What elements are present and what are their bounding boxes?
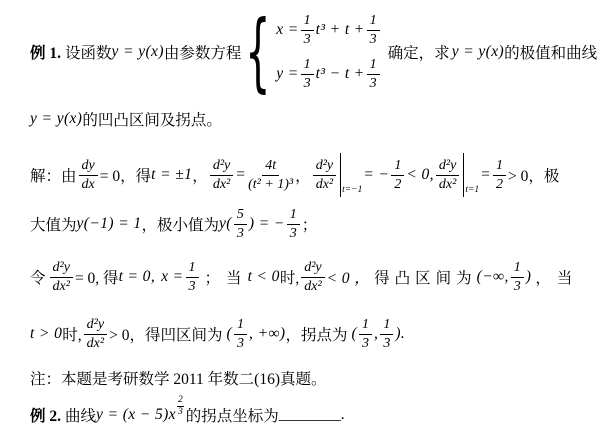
math-run: t = 0, (119, 268, 156, 286)
fraction-denominator: dx² (439, 176, 456, 193)
text-run: 设函数 (65, 41, 112, 63)
fraction-denominator: 3 (178, 407, 183, 417)
fraction-numerator: 1 (367, 13, 380, 31)
fraction-denominator: 3 (362, 335, 369, 352)
fraction-numerator: dy (79, 158, 98, 176)
fraction: 5 3 (234, 207, 247, 241)
fraction: d²y dx² (84, 317, 107, 351)
evaluated-derivative: d²y dx² t=−1 (311, 153, 364, 197)
fraction: 4t (t² + 1)³ (248, 158, 293, 192)
fraction-numerator: 1 (359, 317, 372, 335)
fraction-denominator: 3 (370, 75, 377, 92)
blank-underline: ________ (279, 406, 341, 424)
math-run: < 0 ， (327, 266, 370, 288)
evaluation-bar (463, 153, 464, 197)
fraction-numerator: 1 (391, 158, 404, 176)
math-run: t = ±1 (151, 166, 192, 184)
fraction-denominator: 3 (514, 278, 521, 295)
fraction-numerator: d²y (436, 158, 459, 176)
equation-system: x = 1 3 t³ + t + 1 3 y = 1 3 t³ − t + (276, 8, 381, 96)
example1-label: 例 1. (30, 41, 61, 63)
fraction-denominator: dx² (53, 278, 70, 295)
fraction-numerator: d²y (313, 158, 336, 176)
fraction-numerator: 1 (380, 317, 393, 335)
fraction: d²y dx² (301, 260, 324, 294)
math-run: y(−1) = 1 (77, 215, 142, 233)
text-run: ； (205, 266, 221, 288)
system-brace: { (246, 9, 271, 95)
fraction-denominator: 2 (496, 176, 503, 193)
fraction-numerator: 1 (186, 260, 199, 278)
fraction-denominator: 3 (189, 278, 196, 295)
math-run: x = (276, 21, 298, 39)
text-run: > 0，极 (508, 164, 559, 186)
math-run: t³ − t + (316, 65, 365, 83)
math-run: y = (276, 65, 298, 83)
fraction-denominator: (t² + 1)³ (248, 176, 293, 193)
fraction: 1 3 (511, 260, 524, 294)
fraction-denominator: 3 (237, 335, 244, 352)
fraction: 1 3 (380, 317, 393, 351)
text-run: 的凹凸区间及拐点。 (82, 108, 222, 130)
text-run: 的极值和曲线 (504, 41, 597, 63)
fraction: dy dx (79, 158, 98, 192)
text-run: 当 (226, 266, 242, 288)
fraction-denominator: dx² (87, 335, 104, 352)
text-run: . (341, 406, 345, 424)
text-run: ，极小值为 (142, 213, 220, 235)
math-run: = (480, 166, 491, 184)
evaluation-bar (340, 153, 341, 197)
fraction-denominator: 3 (383, 335, 390, 352)
fraction: d²y dx² (436, 158, 459, 192)
equation-row: x = 1 3 t³ + t + 1 3 (276, 8, 381, 52)
note-line: 注：本题是考研数学 2011 年数二(16)真题。 (30, 367, 607, 389)
example2-statement-line: 例 2. 曲线 y = (x − 5)x 2 3 的拐点坐标为 ________… (30, 397, 607, 433)
text-run: ， (192, 164, 208, 186)
fraction-numerator: 1 (301, 57, 314, 75)
fraction-numerator: 1 (493, 158, 506, 176)
text-run: 时, (62, 323, 81, 345)
text-run: 大值为 (30, 213, 77, 235)
fraction-denominator: dx² (316, 176, 333, 193)
fraction-denominator: dx² (213, 176, 230, 193)
math-run: ( (226, 325, 232, 343)
fraction-numerator: d²y (50, 260, 73, 278)
math-run: y = y(x) (112, 43, 164, 61)
example1-statement-line: 例 1. 设函数 y = y(x) 由参数方程 { x = 1 3 t³ + t… (30, 8, 607, 96)
text-run: 时, (280, 266, 299, 288)
solution-line3: 令 d²y dx² = 0, 得 t = 0, x = 1 3 ； 当 t < … (30, 253, 607, 301)
fraction-numerator: d²y (84, 317, 107, 335)
math-run: , (374, 325, 378, 343)
math-run: t > 0 (30, 325, 62, 343)
math-run: x = (161, 268, 183, 286)
note-text: 注：本题是考研数学 2011 年数二(16)真题。 (30, 367, 327, 389)
math-document: 例 1. 设函数 y = y(x) 由参数方程 { x = 1 3 t³ + t… (0, 0, 615, 433)
fraction: d²y dx² (50, 260, 73, 294)
math-run: , +∞) (249, 325, 285, 343)
fraction-numerator: 1 (287, 207, 300, 225)
fraction-numerator: 2 (177, 395, 184, 406)
fraction-denominator: dx (82, 176, 95, 193)
text-run: = 0，得 (100, 164, 151, 186)
evaluation-subscript: t=−1 (342, 185, 362, 195)
fraction-numerator: d²y (301, 260, 324, 278)
fraction: 1 3 (287, 207, 300, 241)
fraction-denominator: dx² (304, 278, 321, 295)
math-run: y( (219, 215, 232, 233)
fraction-denominator: 2 (394, 176, 401, 193)
fraction: 1 3 (301, 13, 314, 47)
fraction: 1 3 (367, 57, 380, 91)
fraction: 1 3 (186, 260, 199, 294)
text-run: 令 (30, 266, 46, 288)
fraction-denominator: 3 (290, 225, 297, 242)
fraction: d²y dx² (313, 158, 336, 192)
fraction: 1 3 (234, 317, 247, 351)
math-run: ) (526, 268, 532, 286)
math-run: ( (351, 325, 357, 343)
math-run: < 0, (406, 166, 434, 184)
solution-line4: t > 0 时, d²y dx² > 0，得凹区间为 ( 1 3 , +∞) ，… (30, 311, 607, 357)
fraction-numerator: 5 (234, 207, 247, 225)
fraction-denominator: 3 (304, 31, 311, 48)
math-run: y = y(x) (452, 43, 504, 61)
fraction-numerator: 4t (262, 158, 279, 176)
fraction: d²y dx² (210, 158, 233, 192)
text-run: 确定，求 (388, 41, 450, 63)
solution-line2: 大值为 y(−1) = 1 ，极小值为 y( 5 3 ) = − 1 3 ； (30, 202, 607, 246)
math-run: ) = − (249, 215, 285, 233)
fraction-denominator: 3 (370, 31, 377, 48)
solution-line1: 解：由 dy dx = 0，得 t = ±1 ， d²y dx² = 4t (t… (30, 150, 607, 200)
math-run: t < 0 (248, 268, 280, 286)
fraction-numerator: 1 (301, 13, 314, 31)
fraction-numerator: 1 (234, 317, 247, 335)
example2-label: 例 2. (30, 404, 61, 426)
math-run: y = y(x) (30, 110, 82, 128)
text-run: ，拐点为 (285, 323, 347, 345)
text-run: ； (302, 213, 318, 235)
equation-row: y = 1 3 t³ − t + 1 3 (276, 52, 381, 96)
fraction-denominator: 3 (304, 75, 311, 92)
fraction: 1 2 (493, 158, 506, 192)
math-run: (−∞, (477, 268, 509, 286)
fraction-numerator: d²y (210, 158, 233, 176)
fraction-numerator: 1 (367, 57, 380, 75)
text-run: = 0, 得 (75, 266, 119, 288)
text-run: ， (535, 266, 551, 288)
text-run: ， (295, 164, 311, 186)
evaluated-derivative: d²y dx² t=1 (434, 153, 480, 197)
math-run: t³ + t + (316, 21, 365, 39)
text-run: > 0，得凹区间为 (109, 323, 222, 345)
solution-label: 解：由 (30, 164, 77, 186)
fraction: 1 2 (391, 158, 404, 192)
math-run: = (235, 166, 246, 184)
example1-statement-line2: y = y(x) 的凹凸区间及拐点。 (30, 108, 607, 130)
text-run: 由参数方程 (164, 41, 242, 63)
text-run: 的拐点坐标为 (186, 404, 279, 426)
fraction: 1 3 (359, 317, 372, 351)
text-run: 当 (557, 266, 573, 288)
exponent-fraction: 2 3 (177, 395, 184, 417)
evaluation-subscript: t=1 (465, 185, 479, 195)
math-run: = − (363, 166, 389, 184)
fraction-denominator: 3 (237, 225, 244, 242)
text-run: 得凸区间为 (374, 266, 477, 288)
math-run: y = (x − 5)x (96, 406, 176, 424)
fraction-numerator: 1 (511, 260, 524, 278)
fraction: 1 3 (301, 57, 314, 91)
fraction: 1 3 (367, 13, 380, 47)
text-run: 曲线 (65, 404, 96, 426)
math-run: ). (395, 325, 405, 343)
